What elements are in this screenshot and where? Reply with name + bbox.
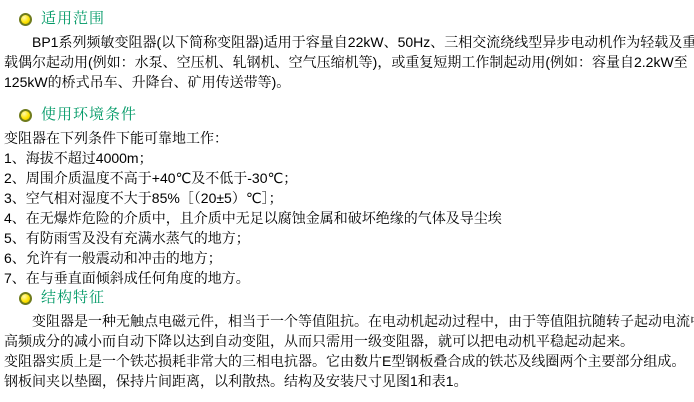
section-usage-environment-conditions: 使用环境条件变阻器在下列条件下能可靠地工作：1、海拔不超过4000m；2、周围介…	[0, 105, 694, 288]
paragraph-line: 3、空气相对湿度不大于85%［（20±5）℃］；	[0, 188, 694, 208]
paragraph-line: 高频成分的减小而自动下降以达到自动变阻，从而只需用一级变阻器，就可以把电动机平稳…	[0, 331, 694, 351]
section-bullet-icon	[19, 13, 32, 26]
section-heading: 适用范围	[0, 9, 694, 29]
section-heading: 结构特征	[0, 288, 694, 308]
paragraph-line: 2、周围介质温度不高于+40℃及不低于-30℃；	[0, 168, 694, 188]
paragraph-line: 6、允许有一般震动和冲击的地方；	[0, 248, 694, 268]
paragraph-line: 4、在无爆炸危险的介质中，且介质中无足以腐蚀金属和破坏绝缘的气体及导尘埃	[0, 208, 694, 228]
section-heading: 使用环境条件	[0, 105, 694, 125]
section-application-scope: 适用范围 BP1系列频敏变阻器(以下简称变阻器)适用于容量自22kW、50Hz、…	[0, 9, 694, 92]
paragraph-line: 载偶尔起动用(例如：水泵、空压机、轧钢机、空气压缩机等)，或重复短期工作制起动用…	[0, 52, 694, 72]
paragraph-line: 5、有防雨雪及没有充满水蒸气的地方；	[0, 228, 694, 248]
paragraph-line: 7、在与垂直面倾斜成任何角度的地方。	[0, 268, 694, 288]
section-bullet-icon	[19, 292, 32, 305]
section-heading-text: 使用环境条件	[41, 105, 137, 125]
paragraph-line: 1、海拔不超过4000m；	[0, 148, 694, 168]
paragraph-line: 变阻器是一种无触点电磁元件，相当于一个等值阻抗。在电动机起动过程中，由于等值阻抗…	[0, 311, 694, 331]
paragraph-line: 变阻器实质上是一个铁芯损耗非常大的三相电抗器。它由数片E型钢板叠合成的铁芯及线圈…	[0, 351, 694, 371]
section-heading-text: 适用范围	[41, 9, 105, 29]
section-structure-features: 结构特征 变阻器是一种无触点电磁元件，相当于一个等值阻抗。在电动机起动过程中，由…	[0, 288, 694, 391]
paragraph-line: 钢板间夹以垫圈，保持片间距离，以利散热。结构及安装尺寸见图1和表1。	[0, 371, 694, 391]
document-sections: 适用范围 BP1系列频敏变阻器(以下简称变阻器)适用于容量自22kW、50Hz、…	[0, 9, 694, 391]
section-heading-text: 结构特征	[41, 288, 105, 308]
paragraph-line: 变阻器在下列条件下能可靠地工作：	[0, 128, 694, 148]
paragraph-line: BP1系列频敏变阻器(以下简称变阻器)适用于容量自22kW、50Hz、三相交流绕…	[0, 32, 694, 52]
section-bullet-icon	[19, 109, 32, 122]
document-page: 适用范围 BP1系列频敏变阻器(以下简称变阻器)适用于容量自22kW、50Hz、…	[0, 0, 694, 402]
paragraph-line: 125kW的桥式吊车、升降台、矿用传送带等)。	[0, 72, 694, 92]
